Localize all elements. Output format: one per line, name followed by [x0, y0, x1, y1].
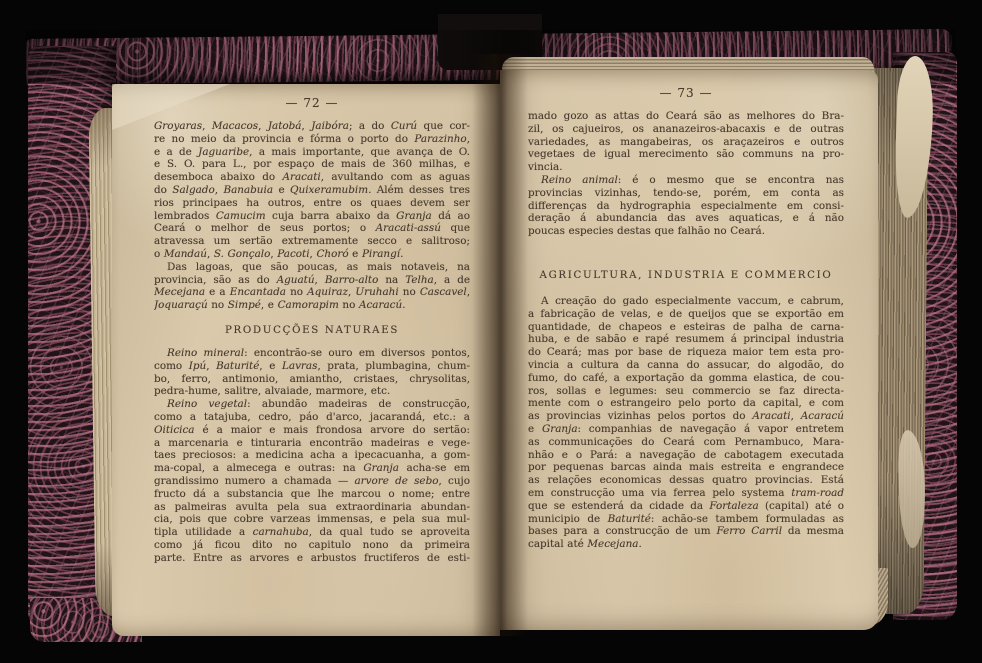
page-72: — 72 — Groyaras, Macacos, Jatobá, Jaibór… — [112, 84, 500, 636]
text-line: as relações economicas dessas quatro pro… — [528, 474, 844, 487]
book-photo: — 72 — Groyaras, Macacos, Jatobá, Jaibór… — [0, 0, 982, 663]
text-line: cia, pois que cobre varzeas immensas, e … — [154, 513, 470, 526]
text-line: bases para a construcção de um Ferro Car… — [528, 525, 844, 538]
text-line: bo, ferro, antimonio, amiantho, cristaes… — [154, 373, 470, 386]
text-line: Joquaraçú no Simpé, e Camorapim no Acara… — [154, 299, 470, 312]
text-line: do Ceará; mas por base de riqueza maior … — [528, 346, 844, 359]
paragraph: Reino animal: é o mesmo que se encontra … — [528, 174, 844, 238]
text-line: Ceará o melhor de seus portos; o Aracati… — [154, 222, 470, 235]
text-line: provincias vizinhas, tendo-se, porém, em… — [528, 187, 844, 200]
page-number: — 72 — — [154, 96, 470, 110]
text-line: do Salgado, Banabuia e Quixeramubim. Alé… — [154, 184, 470, 197]
text-line: ma-copal, a almecega e outras: na Granja… — [154, 462, 470, 475]
paragraph: mado gozo as attas do Ceará são as melho… — [528, 110, 844, 174]
text-line: e Granja: companhias de navegação á vapo… — [528, 423, 844, 436]
section-heading: PRODUCÇÕES NATURAES — [154, 325, 470, 336]
paragraph: A creação do gado especialmente vaccum, … — [528, 295, 844, 551]
text-line: a marcenaria e tinturaria encontrão made… — [154, 437, 470, 450]
section-heading: AGRICULTURA, INDUSTRIA E COMMERCIO — [528, 270, 844, 281]
page-number: — 73 — — [528, 86, 844, 100]
text-line: as communicações do Ceará com Pernambuco… — [528, 436, 844, 449]
text-line: mado gozo as attas do Ceará são as melho… — [528, 110, 844, 123]
text-line: parte. Entre as arvores e arbustos fruct… — [154, 552, 470, 565]
text-line: desemboca abaixo do Aracati, avultando c… — [154, 171, 470, 184]
text-line: Oiticica é a maior e mais frondosa arvor… — [154, 424, 470, 437]
text-line: taes preciosos: a medicina acha a ipecac… — [154, 449, 470, 462]
text-line: por pequenas barcas ainda mais estreita … — [528, 461, 844, 474]
text-line: como Ipú, Baturité, e Lavras, prata, plu… — [154, 360, 470, 373]
text-line: ros, sollas e legumes: seu commercio se … — [528, 385, 844, 398]
text-line: fructo dá a substancia que lhe marcou o … — [154, 488, 470, 501]
text-line: vincia. — [528, 161, 844, 174]
text-line: quantidade, de chapeos e esteiras de pal… — [528, 321, 844, 334]
text-line: e a de Jaguaribe, a mais importante, que… — [154, 146, 470, 159]
text-line: o Mandaú, S. Gonçalo, Pacoti, Choró e Pi… — [154, 248, 470, 261]
text-line: zil, os cajueiros, os ananazeiros-abacax… — [528, 123, 844, 136]
text-line: as palmeiras avulta pela sua extraordina… — [154, 501, 470, 514]
paragraph: Reino mineral: encontrão-se ouro em dive… — [154, 347, 470, 398]
text-line: como já ficou dito no capitulo nono da p… — [154, 539, 470, 552]
text-line: deração á abundancia das aves aquaticas,… — [528, 212, 844, 225]
paragraph: Reino vegetal: abundão madeiras de const… — [154, 398, 470, 564]
text-line: A creação do gado especialmente vaccum, … — [528, 295, 844, 308]
text-line: capital até Mecejana. — [528, 538, 844, 551]
text-line: como a tatajuba, cedro, páo d'arco, jaca… — [154, 411, 470, 424]
text-line: lembrados Camucim cuja barra abaixo da G… — [154, 210, 470, 223]
text-line: Reino animal: é o mesmo que se encontra … — [528, 174, 844, 187]
text-line: fumo, do café, a exportação da gomma ela… — [528, 372, 844, 385]
text-line: poucas especies destas que falhão no Cea… — [528, 225, 844, 238]
text-line: tipla utilidade a carnahuba, da qual tud… — [154, 526, 470, 539]
text-line: vegetaes de igual merecimento são commun… — [528, 148, 844, 161]
text-line: em construcção uma via ferrea pelo syste… — [528, 487, 844, 500]
text-line: Reino vegetal: abundão madeiras de const… — [154, 398, 470, 411]
text-line: pedra-hume, salitre, alvaiade, marmore, … — [154, 385, 470, 398]
page-72-text: Groyaras, Macacos, Jatobá, Jaibóra; a do… — [154, 120, 470, 565]
text-line: Reino mineral: encontrão-se ouro em dive… — [154, 347, 470, 360]
page-73-text: mado gozo as attas do Ceará são as melho… — [528, 110, 844, 551]
text-line: differenças da hydrographia especialment… — [528, 200, 844, 213]
text-line: Groyaras, Macacos, Jatobá, Jaibóra; a do… — [154, 120, 470, 133]
paragraph: Groyaras, Macacos, Jatobá, Jaibóra; a do… — [154, 120, 470, 261]
text-line: Mecejana e a Encantada no Aquiraz, Uruha… — [154, 286, 470, 299]
text-line: Das lagoas, que são poucas, as mais nota… — [154, 261, 470, 274]
text-line: municipio de Baturité: achão-se tambem f… — [528, 513, 844, 526]
text-line: vincia a cultura da canna do assucar, do… — [528, 359, 844, 372]
text-line: mente com o estrangeiro pelo porto da ca… — [528, 397, 844, 410]
text-line: nhão e o Pará: a navegação de cabotagem … — [528, 449, 844, 462]
text-line: a fabricação de velas, e de queijos que … — [528, 308, 844, 321]
text-line: huba, e de sabão e rapé resumem á princi… — [528, 333, 844, 346]
text-line: grandissimo numero a chamada — arvore de… — [154, 475, 470, 488]
paragraph: Das lagoas, que são poucas, as mais nota… — [154, 261, 470, 312]
text-line: atravessa um sertão extremamente secco e… — [154, 235, 470, 248]
text-line: re no meio da provincia e fórma o porto … — [154, 133, 470, 146]
page-73: — 73 — mado gozo as attas do Ceará são a… — [500, 70, 878, 630]
text-line: provincia, são as do Aguatú, Barro-alto … — [154, 274, 470, 287]
text-line: as provincias vizinhas pelos portos do A… — [528, 410, 844, 423]
text-line: e S. O. para L., por espaço de mais de 3… — [154, 158, 470, 171]
text-line: que se estenderá da cidade da Fortaleza … — [528, 500, 844, 513]
text-line: rios principaes ha outros, entre os quae… — [154, 197, 470, 210]
text-line: variedades, as mangabeiras, os araçazeir… — [528, 136, 844, 149]
